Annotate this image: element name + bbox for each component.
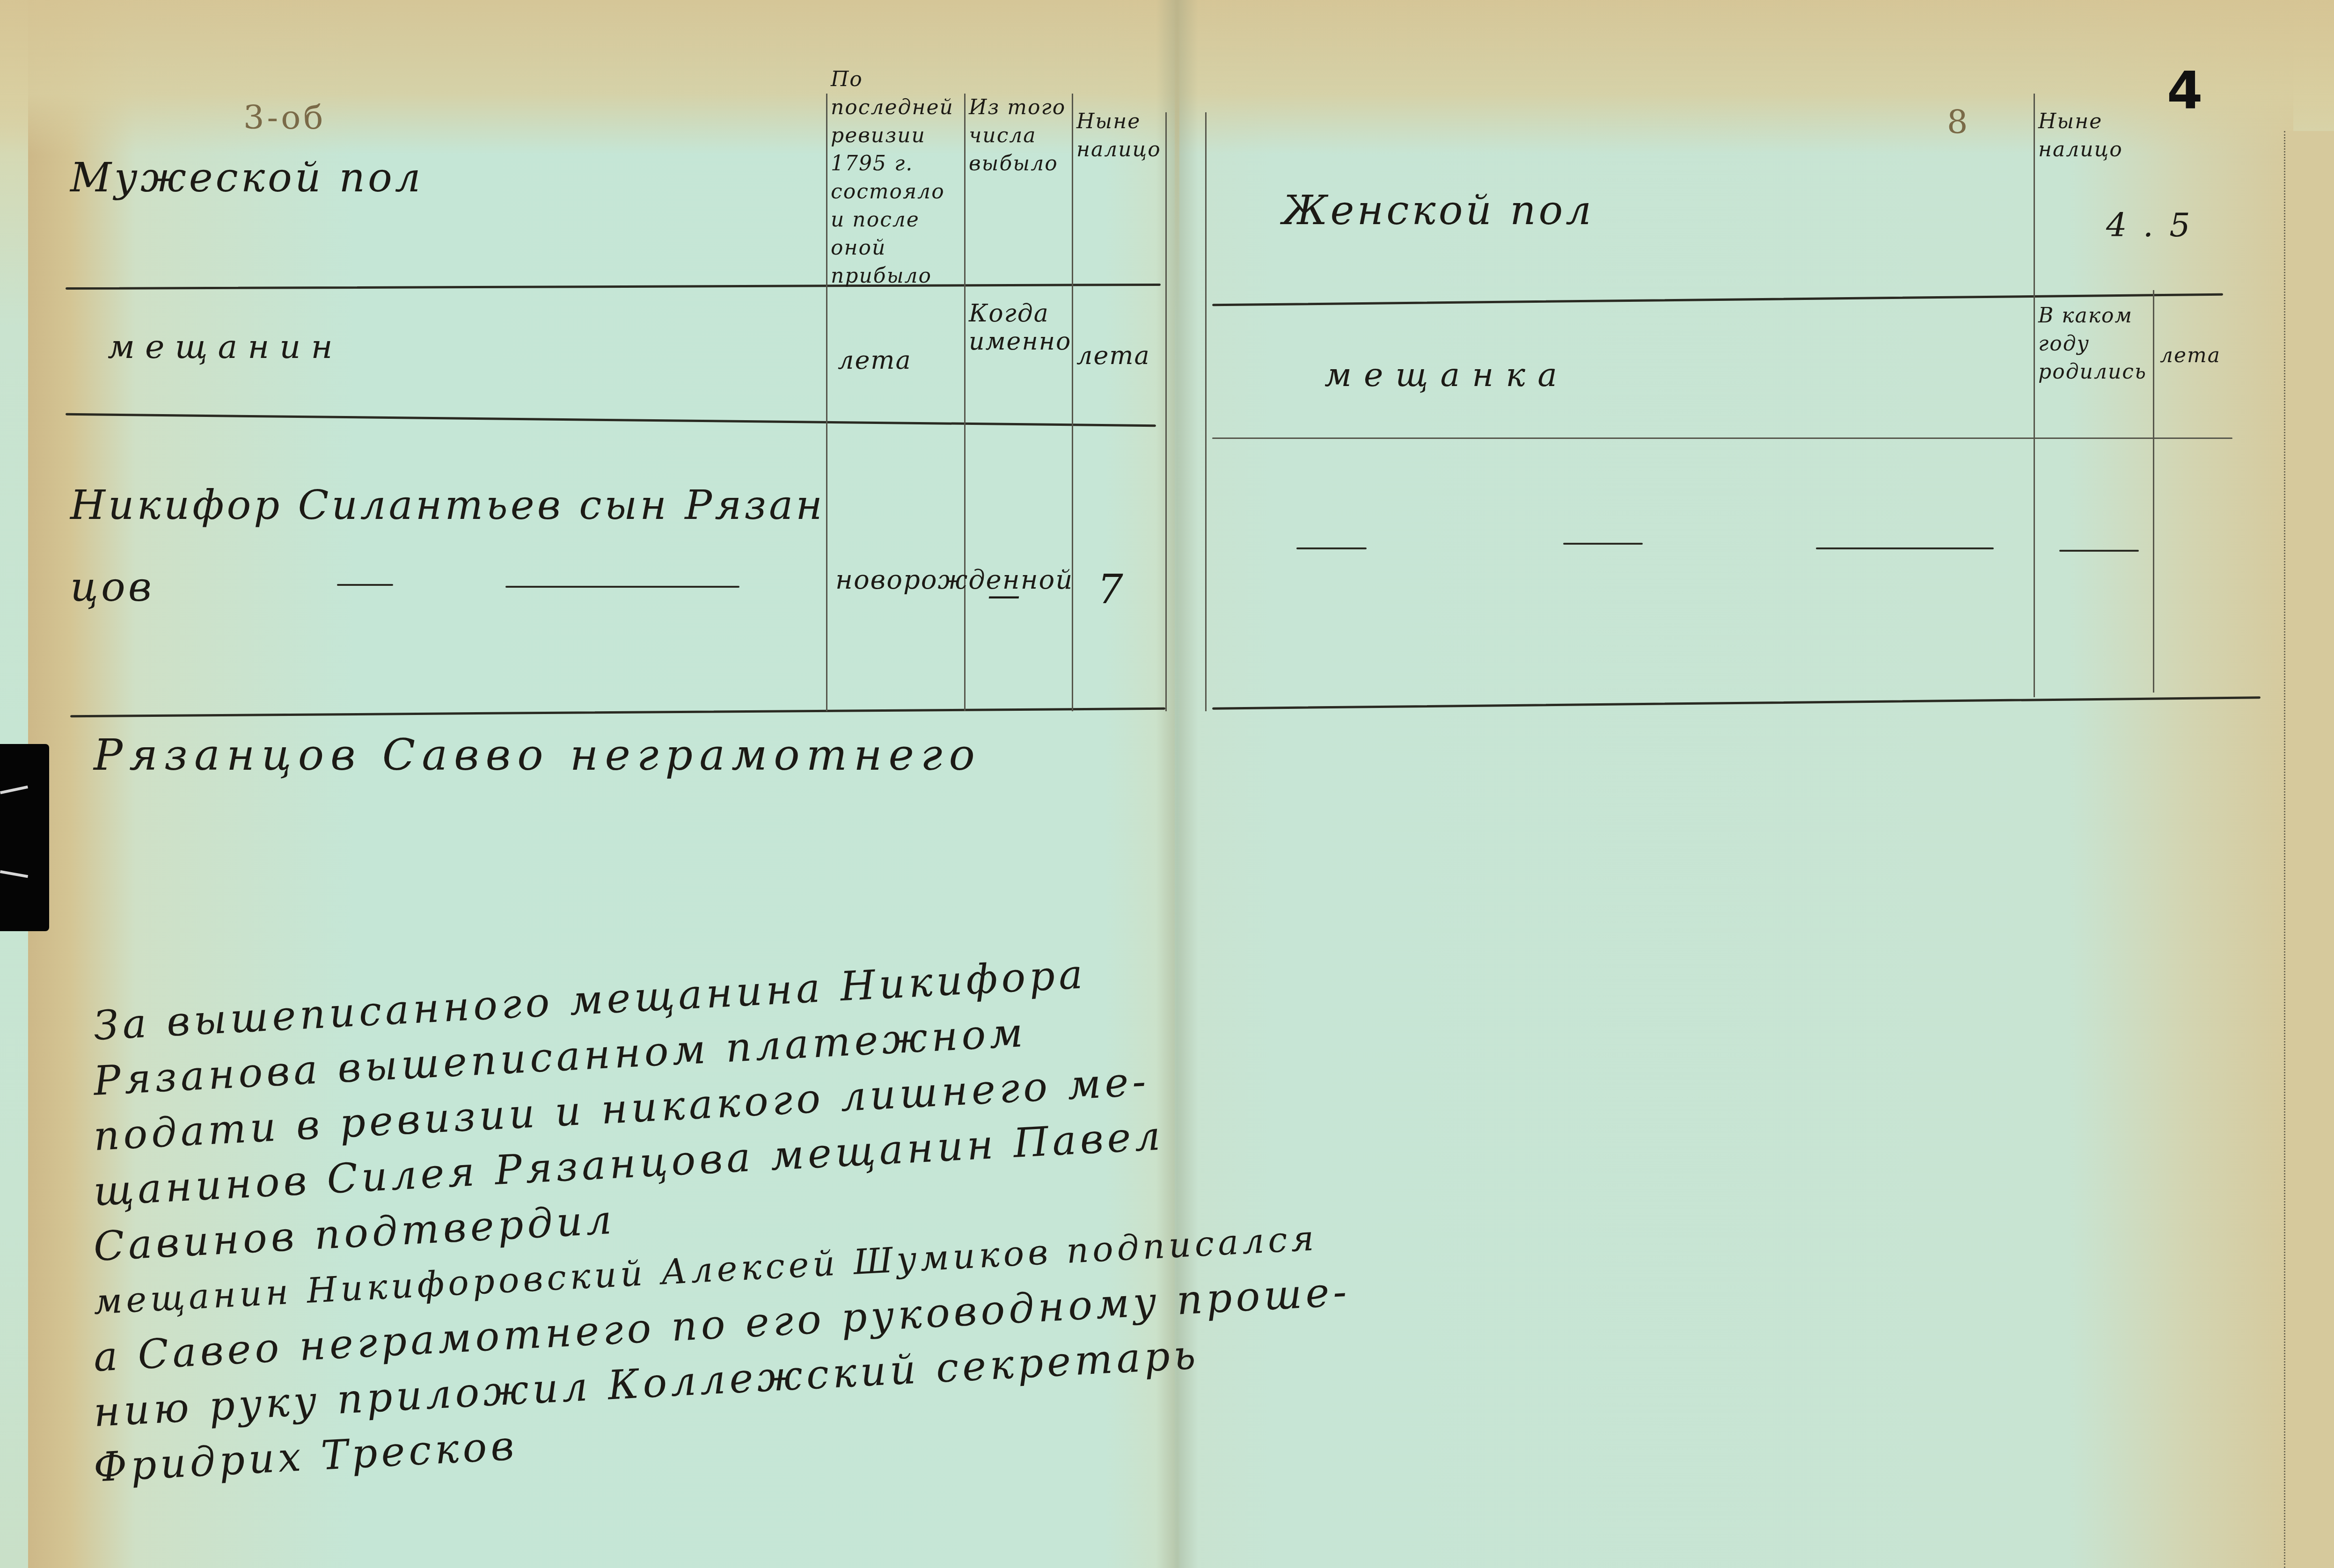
pencil-mark-left: 3-об: [243, 98, 326, 137]
column-divider: [964, 94, 966, 711]
dash: [1563, 543, 1643, 545]
dash: [1816, 547, 1994, 549]
document-scan: 4 3-об 8 Мужеской пол По последней ревиз…: [0, 0, 2334, 1568]
column-header-present-female: Ныне налицо: [2038, 108, 2146, 164]
attestation-paragraph: За вышеписанного мещанина Никифора Рязан…: [94, 1001, 1264, 1498]
subheader-when: Когда именно: [969, 299, 1062, 356]
binder-clip-icon: [0, 744, 49, 931]
subheader-years: лета: [838, 346, 912, 374]
folio-number: 4: [2167, 61, 2203, 121]
header-number: 4 . 5: [2106, 206, 2193, 244]
signature-line: Рязанцов Савво неграмотнего: [94, 730, 981, 780]
person-name-continued: цов: [70, 564, 154, 611]
subheader-years-now: лета: [1076, 342, 1150, 370]
column-divider: [1205, 112, 1207, 711]
age-last-revision: новорожденной: [835, 562, 962, 599]
torn-right-edge: [2284, 131, 2334, 1568]
column-header-last-revision: По последней ревизии 1795 г. состояло и …: [831, 66, 962, 290]
column-divider: [1072, 94, 1073, 711]
column-divider: [2034, 94, 2035, 697]
left-section-title: Мужеской пол: [70, 154, 424, 201]
table-rule: [1212, 438, 2232, 439]
pencil-mark-right: 8: [1947, 103, 1971, 141]
dash: [2059, 550, 2139, 552]
column-divider: [1165, 112, 1167, 711]
column-divider: [826, 94, 827, 711]
subheader-burgher-woman: мещанка: [1324, 356, 1569, 394]
column-header-departed: Из того числа выбыло: [969, 94, 1067, 178]
subheader-burgher: мещанин: [108, 328, 343, 366]
column-header-present: Ныне налицо: [1076, 108, 1163, 164]
dash: [337, 584, 393, 586]
departed-when: —: [988, 576, 1023, 614]
right-section-title: Женской пол: [1282, 187, 1594, 234]
person-name: Никифор Силантьев сын Рязан: [70, 482, 825, 529]
age-now: 7: [1097, 566, 1126, 613]
dash: [1296, 547, 1367, 549]
dash: [505, 586, 739, 588]
column-divider: [2153, 290, 2154, 693]
subheader-years-female: лета: [2160, 342, 2221, 370]
subheader-birth-year: В каком году родились: [2038, 302, 2151, 386]
